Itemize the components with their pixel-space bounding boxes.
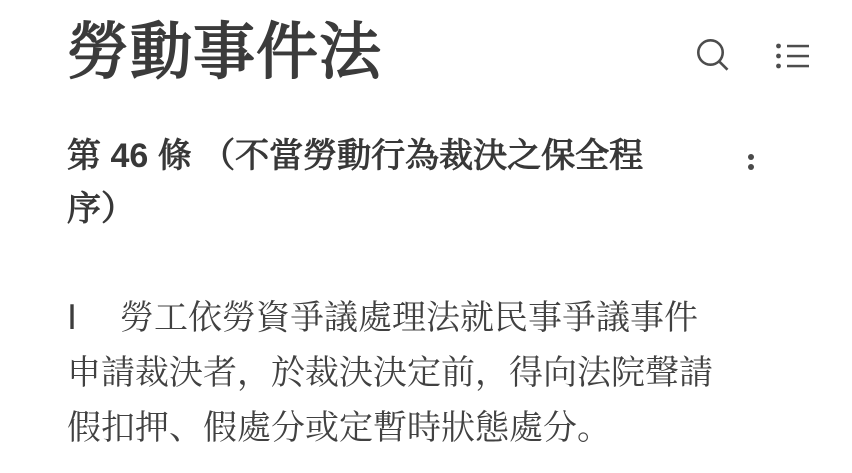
paragraph-line-3: 假扣押、假處分或定暫時狀態處分。 [67, 401, 780, 456]
article-menu-button[interactable] [727, 131, 751, 161]
search-icon [692, 63, 732, 78]
paragraph-number: Ⅰ [67, 291, 120, 346]
law-reader-page: 勞動事件法 第 46 條 [0, 0, 852, 473]
paragraph-line-2: 申請裁決者，於裁決決定前，得向法院聲請 [67, 346, 780, 401]
app-header: 勞動事件法 [0, 0, 852, 96]
article-heading: 第 46 條 （不當勞動行為裁決之保全程 序） [0, 130, 760, 236]
article-heading-line-2: 序） [67, 183, 760, 236]
paragraph-text-line-1: 勞工依勞資爭議處理法就民事爭議事件 [120, 299, 698, 337]
paragraph-line-1: Ⅰ勞工依勞資爭議處理法就民事爭議事件 [67, 291, 780, 346]
law-title: 勞動事件法 [67, 16, 852, 90]
article-heading-line-1: 第 46 條 （不當勞動行為裁決之保全程 [67, 130, 760, 183]
toc-button[interactable] [773, 38, 811, 70]
article-paragraph: Ⅰ勞工依勞資爭議處理法就民事爭議事件 申請裁決者，於裁決決定前，得向法院聲請 假… [0, 291, 780, 456]
search-button[interactable] [692, 35, 732, 75]
list-icon [773, 58, 811, 73]
